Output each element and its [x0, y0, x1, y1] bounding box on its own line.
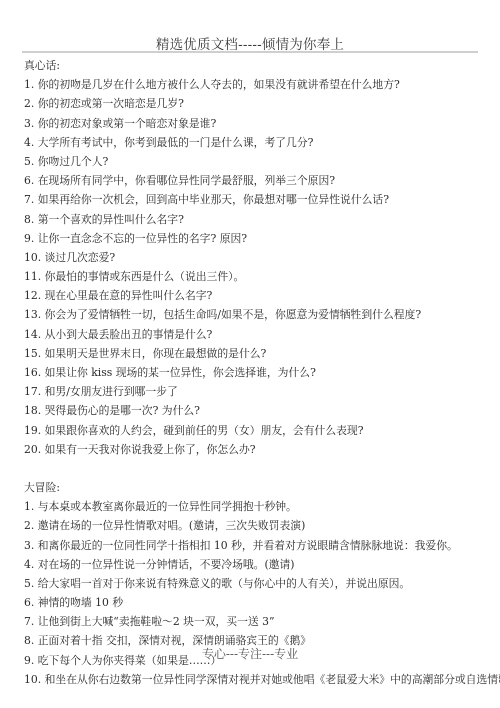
truth-item: 19. 如果跟你喜欢的人约会，碰到前任的男（女）朋友，会有什么表现? [24, 421, 494, 440]
dare-item: 6. 神情的吻墙 10 秒 [24, 593, 494, 612]
truth-item: 5. 你吻过几个人? [24, 152, 494, 171]
truth-item: 18. 哭得最伤心的是哪一次? 为什么? [24, 401, 494, 420]
document-body: 真心话: 1. 你的初吻是几岁在什么地方被什么人夺去的，如果没有就讲希望在什么地… [24, 56, 494, 689]
page-header: 精选优质文档-----倾情为你奉上 [0, 33, 500, 53]
dare-item: 10. 和坐在从你右边数第一位异性同学深情对视并对她或他唱《老鼠爱大米》中的高潮… [24, 670, 494, 689]
truth-item: 12. 现在心里最在意的异性叫什么名字? [24, 286, 494, 305]
page-footer: 专心---专注---专业 [0, 645, 500, 662]
truth-item: 3. 你的初恋对象或第一个暗恋对象是谁? [24, 114, 494, 133]
header-divider [22, 51, 478, 53]
truth-item: 13. 你会为了爱情牺牲一切，包括生命吗/如果不是，你愿意为爱情牺牲到什么程度? [24, 305, 494, 324]
truth-item: 11. 你最怕的事情或东西是什么（说出三件）。 [24, 267, 494, 286]
truth-item: 17. 和男/女朋友进行到哪一步了 [24, 382, 494, 401]
dare-item: 3. 和离你最近的一位同性同学十指相扣 10 秒，并看着对方说眼睛含情脉脉地说：… [24, 536, 494, 555]
truth-item: 9. 让你一直念念不忘的一位异性的名字? 原因? [24, 229, 494, 248]
truth-item: 16. 如果让你 kiss 现场的某一位异性，你会选择谁，为什么? [24, 363, 494, 382]
dare-item: 4. 对在场的一位异性说一分钟情话，不要冷场哦。(邀请) [24, 555, 494, 574]
truth-item: 1. 你的初吻是几岁在什么地方被什么人夺去的，如果没有就讲希望在什么地方? [24, 75, 494, 94]
truth-item: 6. 在现场所有同学中，你看哪位异性同学最舒服，列举三个原因? [24, 171, 494, 190]
truth-section-title: 真心话: [24, 56, 494, 75]
dare-item: 1. 与本桌或本教室离你最近的一位异性同学拥抱十秒钟。 [24, 497, 494, 516]
dare-item: 5. 给大家唱一首对于你来说有特殊意义的歌（与你心中的人有关），并说出原因。 [24, 574, 494, 593]
truth-item: 10. 谈过几次恋爱? [24, 248, 494, 267]
section-gap [24, 459, 494, 478]
dare-item: 2. 邀请在场的一位异性情歌对唱。(邀请，三次失败罚表演) [24, 516, 494, 535]
truth-item: 14. 从小到大最丢脸出丑的事情是什么? [24, 325, 494, 344]
truth-item: 15. 如果明天是世界末日，你现在最想做的是什么? [24, 344, 494, 363]
dare-section-title: 大冒险: [24, 478, 494, 497]
truth-list: 1. 你的初吻是几岁在什么地方被什么人夺去的，如果没有就讲希望在什么地方? 2.… [24, 75, 494, 459]
dare-item: 7. 让他到街上大喊“卖拖鞋啦～2 块一双，买一送 3” [24, 612, 494, 631]
truth-item: 2. 你的初恋或第一次暗恋是几岁? [24, 94, 494, 113]
truth-item: 8. 第一个喜欢的异性叫什么名字? [24, 210, 494, 229]
truth-item: 7. 如果再给你一次机会，回到高中毕业那天，你最想对哪一位异性说什么话? [24, 190, 494, 209]
truth-item: 4. 大学所有考试中，你考到最低的一门是什么课，考了几分? [24, 133, 494, 152]
truth-item: 20. 如果有一天我对你说我爱上你了，你怎么办? [24, 440, 494, 459]
